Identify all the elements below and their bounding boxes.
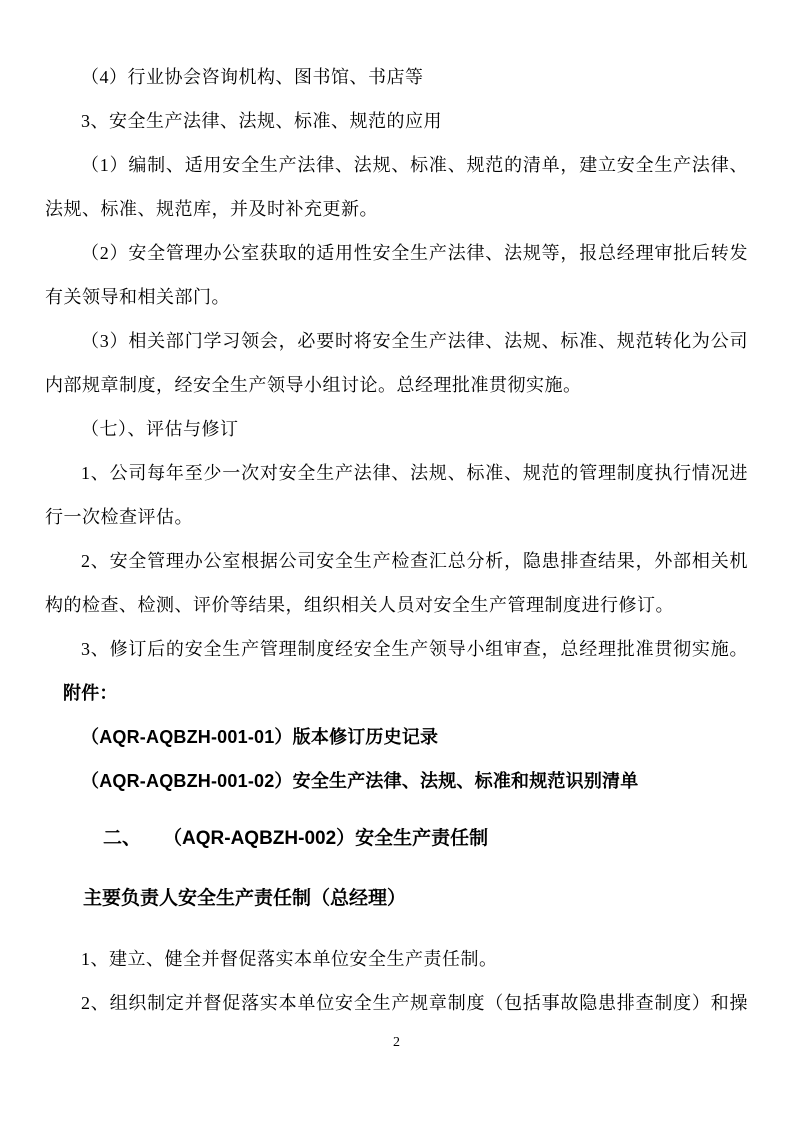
text-line: （3）相关部门学习领会，必要时将安全生产法律、法规、标准、规范转化为公司 — [45, 319, 748, 363]
duty-line: 2、组织制定并督促落实本单位安全生产规章制度（包括事故隐患排查制度）和操 — [45, 981, 748, 1025]
text-line: （七）、评估与修订 — [45, 407, 748, 451]
section-heading: 二、（AQR-AQBZH-002）安全生产责任制 — [45, 817, 748, 861]
text-line: 有关领导和相关部门。 — [45, 275, 748, 319]
attachment-item-line: （AQR-AQBZH-001-01）版本修订历史记录 — [45, 715, 748, 759]
text-line: （4）行业协会咨询机构、图书馆、书店等 — [45, 55, 748, 99]
attachment-item-line: （AQR-AQBZH-001-02）安全生产法律、法规、标准和规范识别清单 — [45, 759, 748, 803]
text-line: 法规、标准、规范库，并及时补充更新。 — [45, 187, 748, 231]
text-line: 3、修订后的安全生产管理制度经安全生产领导小组审查，总经理批准贯彻实施。 — [45, 627, 748, 671]
duty-line: 1、建立、健全并督促落实本单位安全生产责任制。 — [45, 937, 748, 981]
document-body: （4）行业协会咨询机构、图书馆、书店等 3、安全生产法律、法规、标准、规范的应用… — [45, 55, 748, 1025]
text-line: （2）安全管理办公室获取的适用性安全生产法律、法规等，报总经理审批后转发 — [45, 231, 748, 275]
text-line: 3、安全生产法律、法规、标准、规范的应用 — [45, 99, 748, 143]
text-line: 行一次检查评估。 — [45, 495, 748, 539]
text-line: 内部规章制度，经安全生产领导小组讨论。总经理批准贯彻实施。 — [45, 363, 748, 407]
text-line: 1、公司每年至少一次对安全生产法律、法规、标准、规范的管理制度执行情况进 — [45, 451, 748, 495]
text-line: 构的检查、检测、评价等结果，组织相关人员对安全生产管理制度进行修订。 — [45, 583, 748, 627]
text-line: （1）编制、适用安全生产法律、法规、标准、规范的清单，建立安全生产法律、 — [45, 143, 748, 187]
attachment-heading-line: 附件： — [45, 671, 748, 715]
document-page: （4）行业协会咨询机构、图书馆、书店等 3、安全生产法律、法规、标准、规范的应用… — [0, 0, 793, 1122]
page-number: 2 — [0, 1034, 793, 1052]
section-title: （AQR-AQBZH-002）安全生产责任制 — [163, 828, 488, 849]
text-line: 2、安全管理办公室根据公司安全生产检查汇总分析，隐患排查结果，外部相关机 — [45, 539, 748, 583]
subsection-heading: 主要负责人安全生产责任制（总经理） — [45, 877, 748, 921]
section-number: 二、 — [103, 828, 141, 849]
